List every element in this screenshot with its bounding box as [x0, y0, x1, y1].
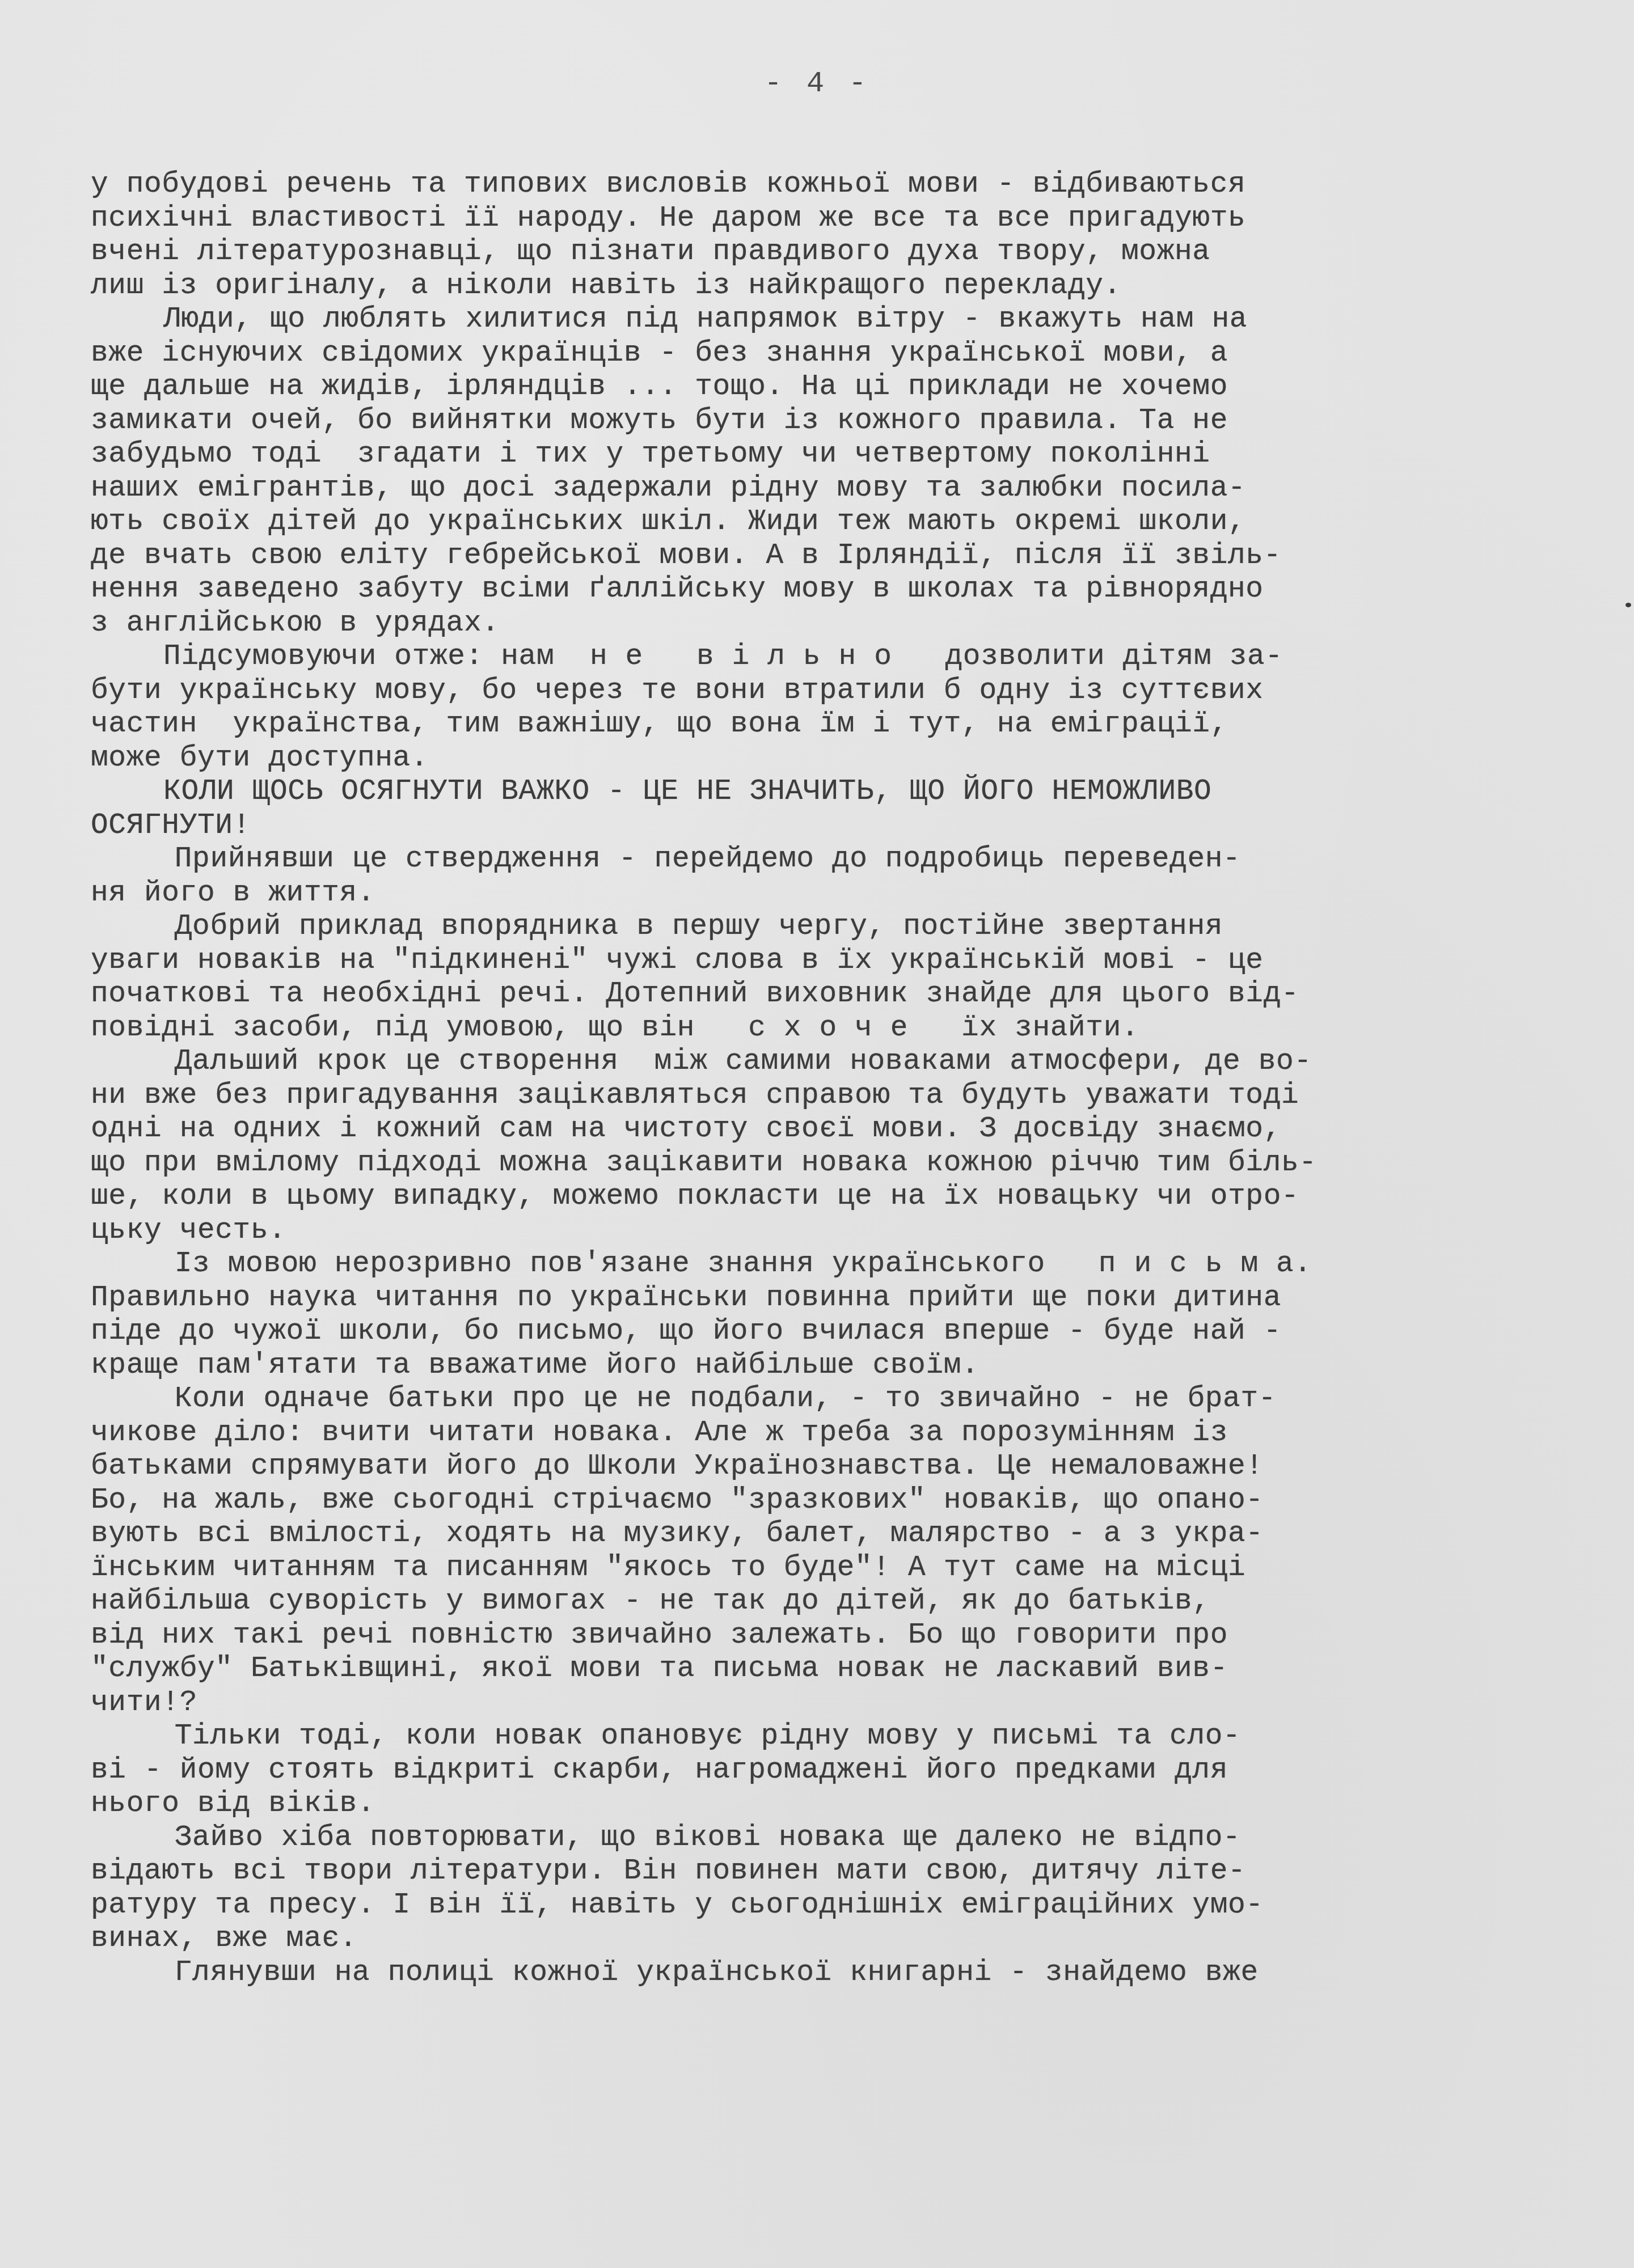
text-line: наших емігрантів, що досі задержали рідн… [91, 471, 1577, 505]
text-line: Тільки тоді, коли новак опановує рідну м… [91, 1719, 1577, 1753]
text-line: ОСЯГНУТИ! [91, 809, 1577, 843]
document-body: у побудові речень та типових висловів ко… [91, 167, 1577, 1989]
text-line: ще дальше на жидів, ірляндців ... тощо. … [91, 370, 1577, 404]
text-line: відають всі твори літератури. Він повине… [91, 1854, 1577, 1888]
text-line: Із мовою нерозривно пов'язане знання укр… [91, 1247, 1577, 1281]
text-line: Прийнявши це ствердження - перейдемо до … [91, 842, 1577, 876]
text-line: початкові та необхідні речі. Дотепний ви… [91, 977, 1577, 1011]
page-number: - 4 - [0, 67, 1634, 100]
text-line: "службу" Батьківщині, якої мови та письм… [91, 1652, 1577, 1686]
text-line: ві - йому стоять відкриті скарби, нагром… [91, 1753, 1577, 1787]
text-line: забудьмо тоді згадати і тих у третьому ч… [91, 437, 1577, 471]
text-line: Правильно наука читання по українськи по… [91, 1281, 1577, 1315]
text-line: частин українства, тим важнішу, що вона … [91, 707, 1577, 741]
ink-speck [1625, 603, 1631, 607]
text-line: винах, вже має. [91, 1922, 1577, 1956]
text-line: одні на одних і кожний сам на чистоту св… [91, 1112, 1577, 1146]
text-line: психічні властивості її народу. Не даром… [91, 201, 1577, 235]
text-line: ше, коли в цьому випадку, можемо покласт… [91, 1179, 1577, 1213]
text-line: Бо, на жаль, вже сьогодні стрічаємо "зра… [91, 1483, 1577, 1517]
text-line: чити!? [91, 1686, 1577, 1720]
text-line: може бути доступна. [91, 741, 1577, 775]
text-line: нення заведено забуту всіми ґаллійську м… [91, 572, 1577, 606]
text-line: найбільша суворість у вимогах - не так д… [91, 1584, 1577, 1618]
text-line: нього від віків. [91, 1787, 1577, 1821]
text-line: повідні засоби, під умовою, що він с х о… [91, 1011, 1577, 1045]
text-line: Люди, що люблять хилитися під напрямок в… [91, 302, 1577, 336]
text-line: ратуру та пресу. І він її, навіть у сьог… [91, 1888, 1577, 1922]
text-line: де вчать свою еліту гебрейської мови. А … [91, 539, 1577, 573]
text-line: вчені літературознавці, що пізнати правд… [91, 235, 1577, 269]
text-line: піде до чужої школи, бо письмо, що його … [91, 1314, 1577, 1348]
text-line: уваги новаків на "підкинені" чужі слова … [91, 943, 1577, 978]
text-line: Глянувши на полиці кожної української кн… [91, 1956, 1577, 1990]
text-line: ня його в життя. [91, 876, 1577, 910]
typewritten-page: - 4 - у побудові речень та типових висло… [0, 0, 1634, 2268]
text-line: замикати очей, бо вийнятки можуть бути і… [91, 404, 1577, 438]
text-line: бути українську мову, бо через те вони в… [91, 674, 1577, 708]
text-line: Добрий приклад впорядника в першу чергу,… [91, 909, 1577, 943]
text-line: вують всі вмілості, ходять на музику, ба… [91, 1517, 1577, 1551]
text-line: цьку честь. [91, 1213, 1577, 1247]
text-line: Зайво хіба повторювати, що вікові новака… [91, 1821, 1577, 1855]
text-line: ни вже без пригадування зацікавляться сп… [91, 1078, 1577, 1112]
text-line: Коли одначе батьки про це не подбали, - … [91, 1382, 1577, 1416]
text-line: краще пам'ятати та вважатиме його найбіл… [91, 1348, 1577, 1382]
text-line: ють своїх дітей до українських шкіл. Жид… [91, 505, 1577, 539]
text-line: КОЛИ ЩОСЬ ОСЯГНУТИ ВАЖКО - ЦЕ НЕ ЗНАЧИТЬ… [91, 775, 1577, 809]
text-line: вже існуючих свідомих українців - без зн… [91, 336, 1577, 370]
text-line: лиш із оригіналу, а ніколи навіть із най… [91, 269, 1577, 303]
text-line: батьками спрямувати його до Школи Україн… [91, 1449, 1577, 1483]
text-line: Підсумовуючи отже: нам н е в і л ь н о д… [91, 640, 1577, 674]
text-line: Дальший крок це створення між самими нов… [91, 1044, 1577, 1078]
text-line: у побудові речень та типових висловів ко… [91, 167, 1577, 201]
text-line: від них такі речі повністю звичайно зале… [91, 1618, 1577, 1652]
text-line: чикове діло: вчити читати новака. Але ж … [91, 1416, 1577, 1450]
text-line: з англійською в урядах. [91, 606, 1577, 640]
text-line: їнським читанням та писанням "якось то б… [91, 1551, 1577, 1585]
text-line: що при вмілому підході можна зацікавити … [91, 1146, 1577, 1180]
